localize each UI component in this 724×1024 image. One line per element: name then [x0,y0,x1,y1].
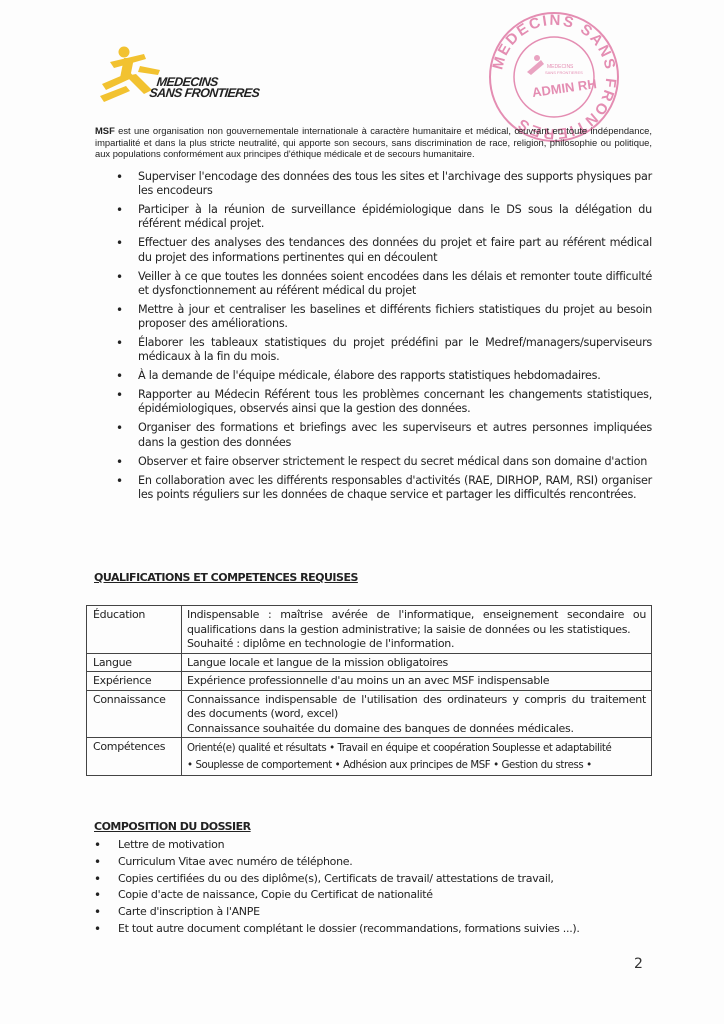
svg-text:SANS FRONTIERES: SANS FRONTIERES [545,70,583,75]
list-item: Veiller à ce que toutes les données soie… [112,270,652,298]
list-item: En collaboration avec les différents res… [112,474,652,502]
row-value: Connaissance indispensable de l'utilisat… [182,690,652,738]
row-label: Connaissance [87,690,182,738]
list-item: Carte d'inscription à l'ANPE [94,904,654,921]
dossier-heading: COMPOSITION DU DOSSIER [94,820,251,833]
list-item: Et tout autre document complétant le dos… [94,921,654,938]
row-label: Langue [87,653,182,672]
row-label: Compétences [87,738,182,776]
list-item: Copies certifiées du ou des diplôme(s), … [94,871,654,888]
row-value: Expérience professionnelle d'au moins un… [182,672,652,691]
missions-list: Superviser l'encodage des données des to… [112,170,652,507]
row-value: Langue locale et langue de la mission ob… [182,653,652,672]
intro-paragraph: MSF est une organisation non gouvernemen… [95,125,652,160]
intro-text: est une organisation non gouvernementale… [95,125,652,159]
msf-logo: MEDECINS SANS FRONTIERES [100,44,270,106]
table-row: Compétences Orienté(e) qualité et résult… [87,738,652,776]
row-value: Indispensable : maîtrise avérée de l'inf… [182,606,652,654]
svg-text:ADMIN RH: ADMIN RH [531,76,597,100]
list-item: Effectuer des analyses des tendances des… [112,236,652,264]
table-row: Langue Langue locale et langue de la mis… [87,653,652,672]
table-row: Connaissance Connaissance indispensable … [87,690,652,738]
qualifications-table: Éducation Indispensable : maîtrise avéré… [86,605,652,776]
admin-rh-stamp: MEDECINS SANS FRONTIERES MEDECINS SANS F… [487,10,621,144]
stamp-icon: MEDECINS SANS FRONTIERES MEDECINS SANS F… [487,10,621,144]
list-item: Mettre à jour et centraliser les baselin… [112,303,652,331]
row-label: Éducation [87,606,182,654]
list-item: Lettre de motivation [94,837,654,854]
document-page: MEDECINS SANS FRONTIERES MEDECINS SANS F… [0,0,724,1024]
row-value: Orienté(e) qualité et résultats • Travai… [182,738,652,776]
list-item: Curriculum Vitae avec numéro de téléphon… [94,854,654,871]
table-row: Expérience Expérience professionnelle d'… [87,672,652,691]
list-item: Organiser des formations et briefings av… [112,421,652,449]
table-row: Éducation Indispensable : maîtrise avéré… [87,606,652,654]
list-item: Copie d'acte de naissance, Copie du Cert… [94,887,654,904]
list-item: Élaborer les tableaux statistiques du pr… [112,336,652,364]
list-item: À la demande de l'équipe médicale, élabo… [112,369,652,383]
list-item: Observer et faire observer strictement l… [112,455,652,469]
intro-lead: MSF [95,125,115,136]
dossier-list: Lettre de motivation Curriculum Vitae av… [94,837,654,938]
msf-logo-text: MEDECINS SANS FRONTIERES [149,77,261,99]
row-label: Expérience [87,672,182,691]
page-number: 2 [634,956,643,972]
list-item: Rapporter au Médecin Référent tous les p… [112,388,652,416]
list-item: Superviser l'encodage des données des to… [112,170,652,198]
qualifications-heading: QUALIFICATIONS ET COMPETENCES REQUISES [94,571,358,584]
list-item: Participer à la réunion de surveillance … [112,203,652,231]
